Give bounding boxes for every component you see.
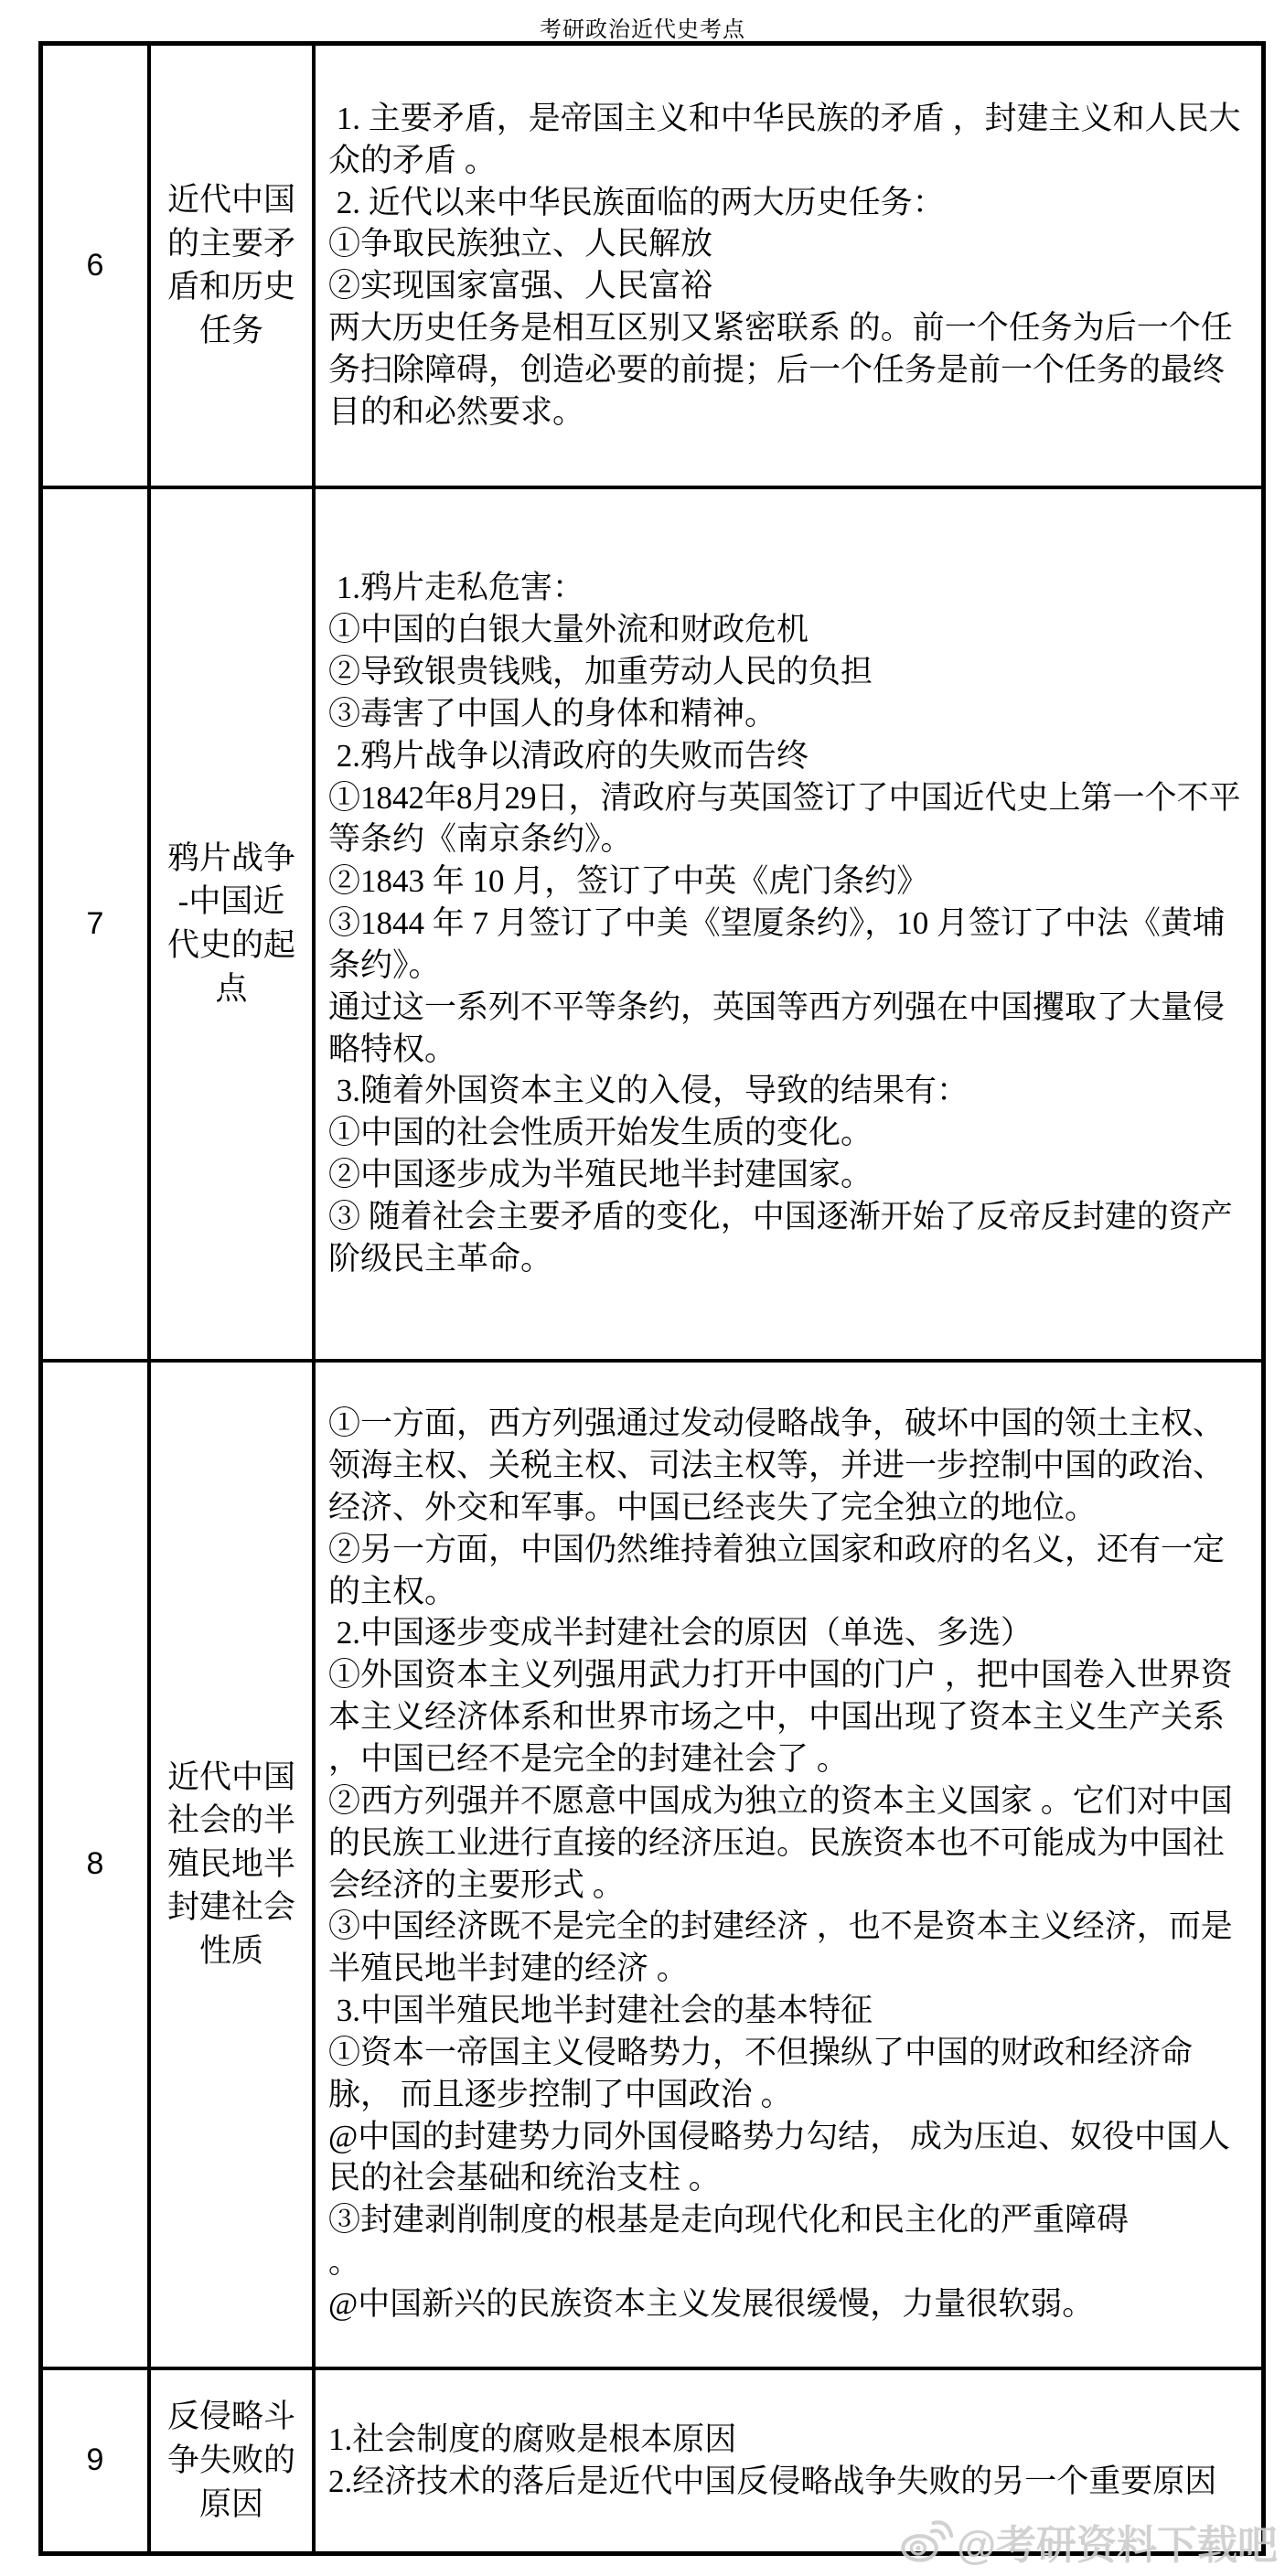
row-topic: 鸦片战争-中国近代史的起点 [149, 487, 314, 1361]
topic-line: 反侵略斗 [151, 2395, 312, 2439]
content-paragraph: ③1844 年 7 月签订了中美《望厦条约》，10 月签订了中法《黄埔条约》。 [328, 903, 1252, 987]
topic-line: 点 [151, 967, 312, 1011]
topic-line: 社会的半 [151, 1799, 312, 1843]
topic-line: 原因 [151, 2483, 312, 2527]
row-number: 9 [41, 2368, 150, 2554]
table-row: 9反侵略斗争失败的原因1.社会制度的腐败是根本原因2.经济技术的落后是近代中国反… [41, 2368, 1264, 2554]
topic-line: 代史的起 [151, 924, 312, 967]
row-topic: 反侵略斗争失败的原因 [149, 2368, 314, 2554]
content-paragraph: 1.社会制度的腐败是根本原因 [328, 2419, 1252, 2461]
row-content: 1.社会制度的腐败是根本原因2.经济技术的落后是近代中国反侵略战争失败的另一个重… [314, 2368, 1264, 2554]
content-paragraph: ③ 随着社会主要矛盾的变化，中国逐渐开始了反帝反封建的资产阶级民主革命。 [328, 1196, 1252, 1280]
topic-line: 近代中国 [151, 1756, 312, 1800]
row-number: 8 [41, 1361, 150, 2368]
content-paragraph: ②中国逐步成为半殖民地半封建国家。 [328, 1154, 1252, 1196]
content-paragraph: ①争取民族独立、人民解放 [328, 223, 1252, 265]
row-content: ①一方面，西方列强通过发动侵略战争，破坏中国的领土主权、 领海主权、关税主权、司… [314, 1361, 1264, 2368]
page-title: 考研政治近代史考点 [0, 11, 1285, 43]
table-row: 6近代中国的主要矛盾和历史任务 1. 主要矛盾，是帝国主义和中华民族的矛盾 ，封… [41, 44, 1264, 487]
topic-line: 的主要矛 [151, 222, 312, 266]
row-topic: 近代中国社会的半殖民地半封建社会性质 [149, 1361, 314, 2368]
topic-line: 鸦片战争 [151, 837, 312, 881]
row-number: 6 [41, 44, 150, 487]
topic-line: 殖民地半 [151, 1843, 312, 1887]
content-paragraph: ②1843 年 10 月，签订了中英《虎门条约》 [328, 860, 1252, 903]
content-paragraph: 2.鸦片战争以清政府的失败而告终 [328, 735, 1252, 777]
content-paragraph: ③毒害了中国人的身体和精神。 [328, 693, 1252, 735]
content-paragraph: 两大历史任务是相互区别又紧密联系 的。前一个任务为后一个任务扫除障碍，创造必要的… [328, 307, 1252, 433]
topic-line: 近代中国 [151, 178, 312, 222]
table-row: 7鸦片战争-中国近代史的起点 1.鸦片走私危害：①中国的白银大量外流和财政危机②… [41, 487, 1264, 1361]
content-paragraph: ②导致银贵钱贱，加重劳动人民的负担 [328, 651, 1252, 693]
content-paragraph: 2.经济技术的落后是近代中国反侵略战争失败的另一个重要原因 [328, 2461, 1252, 2503]
content-paragraph: 1. 主要矛盾，是帝国主义和中华民族的矛盾 ，封建主义和人民大众的矛盾 。 [328, 98, 1252, 182]
content-paragraph: ①中国的社会性质开始发生质的变化。 [328, 1112, 1252, 1154]
content-paragraph: 通过这一系列不平等条约，英国等西方列强在中国攫取了大量侵略特权。 [328, 987, 1252, 1071]
content-paragraph: ②西方列强并不愿意中国成为独立的资本主义国家 。它们对中国的民族工业进行直接的经… [328, 1780, 1252, 1907]
topic-line: 争失败的 [151, 2439, 312, 2483]
topic-line: 封建社会 [151, 1886, 312, 1929]
content-paragraph: 2. 近代以来中华民族面临的两大历史任务： [328, 182, 1252, 224]
content-paragraph: ①资本一帝国主义侵略势力，不但操纵了中国的财政和经济命脉， 而且逐步控制了中国政… [328, 2032, 1252, 2116]
content-paragraph: ①1842年8月29日，清政府与英国签订了中国近代史上第一个不平等条约《南京条约… [328, 777, 1252, 861]
content-paragraph: ①外国资本主义列强用武力打开中国的门户 ，把中国卷入世界资本主义经济体系和世界市… [328, 1654, 1252, 1780]
content-paragraph: @中国的封建势力同外国侵略势力勾结， 成为压迫、奴役中国人民的社会基础和统治支柱… [328, 2116, 1252, 2200]
row-number: 7 [41, 487, 150, 1361]
topic-line: 性质 [151, 1929, 312, 1973]
content-paragraph: ①一方面，西方列强通过发动侵略战争，破坏中国的领土主权、 领海主权、关税主权、司… [328, 1403, 1252, 1529]
topic-line: -中国近 [151, 880, 312, 924]
row-content: 1. 主要矛盾，是帝国主义和中华民族的矛盾 ，封建主义和人民大众的矛盾 。 2.… [314, 44, 1264, 487]
content-paragraph: ①中国的白银大量外流和财政危机 [328, 609, 1252, 651]
content-paragraph: @中国新兴的民族资本主义发展很缓慢，力量很软弱。 [328, 2283, 1252, 2325]
content-paragraph: 1.鸦片走私危害： [328, 567, 1252, 609]
row-topic: 近代中国的主要矛盾和历史任务 [149, 44, 314, 487]
table-body: 6近代中国的主要矛盾和历史任务 1. 主要矛盾，是帝国主义和中华民族的矛盾 ，封… [41, 44, 1264, 2554]
content-paragraph: 。 [328, 2241, 1252, 2283]
row-content: 1.鸦片走私危害：①中国的白银大量外流和财政危机②导致银贵钱贱，加重劳动人民的负… [314, 487, 1264, 1361]
content-paragraph: ②实现国家富强、人民富裕 [328, 265, 1252, 307]
topic-line: 盾和历史 [151, 265, 312, 309]
content-paragraph: ②另一方面，中国仍然维持着独立国家和政府的名义，还有一定的主权。 [328, 1529, 1252, 1613]
content-paragraph: 2.中国逐步变成半封建社会的原因（单选、多选） [328, 1612, 1252, 1654]
topic-line: 任务 [151, 309, 312, 353]
content-paragraph: ③中国经济既不是完全的封建经济 ，也不是资本主义经济，而是半殖民地半封建的经济 … [328, 1906, 1252, 1990]
table-row: 8近代中国社会的半殖民地半封建社会性质①一方面，西方列强通过发动侵略战争，破坏中… [41, 1361, 1264, 2368]
content-paragraph: ③封建剥削制度的根基是走向现代化和民主化的严重障碍 [328, 2199, 1252, 2241]
content-paragraph: 3.中国半殖民地半封建社会的基本特征 [328, 1990, 1252, 2032]
keypoints-table: 6近代中国的主要矛盾和历史任务 1. 主要矛盾，是帝国主义和中华民族的矛盾 ，封… [38, 41, 1266, 2556]
content-paragraph: 3.随着外国资本主义的入侵，导致的结果有： [328, 1070, 1252, 1112]
